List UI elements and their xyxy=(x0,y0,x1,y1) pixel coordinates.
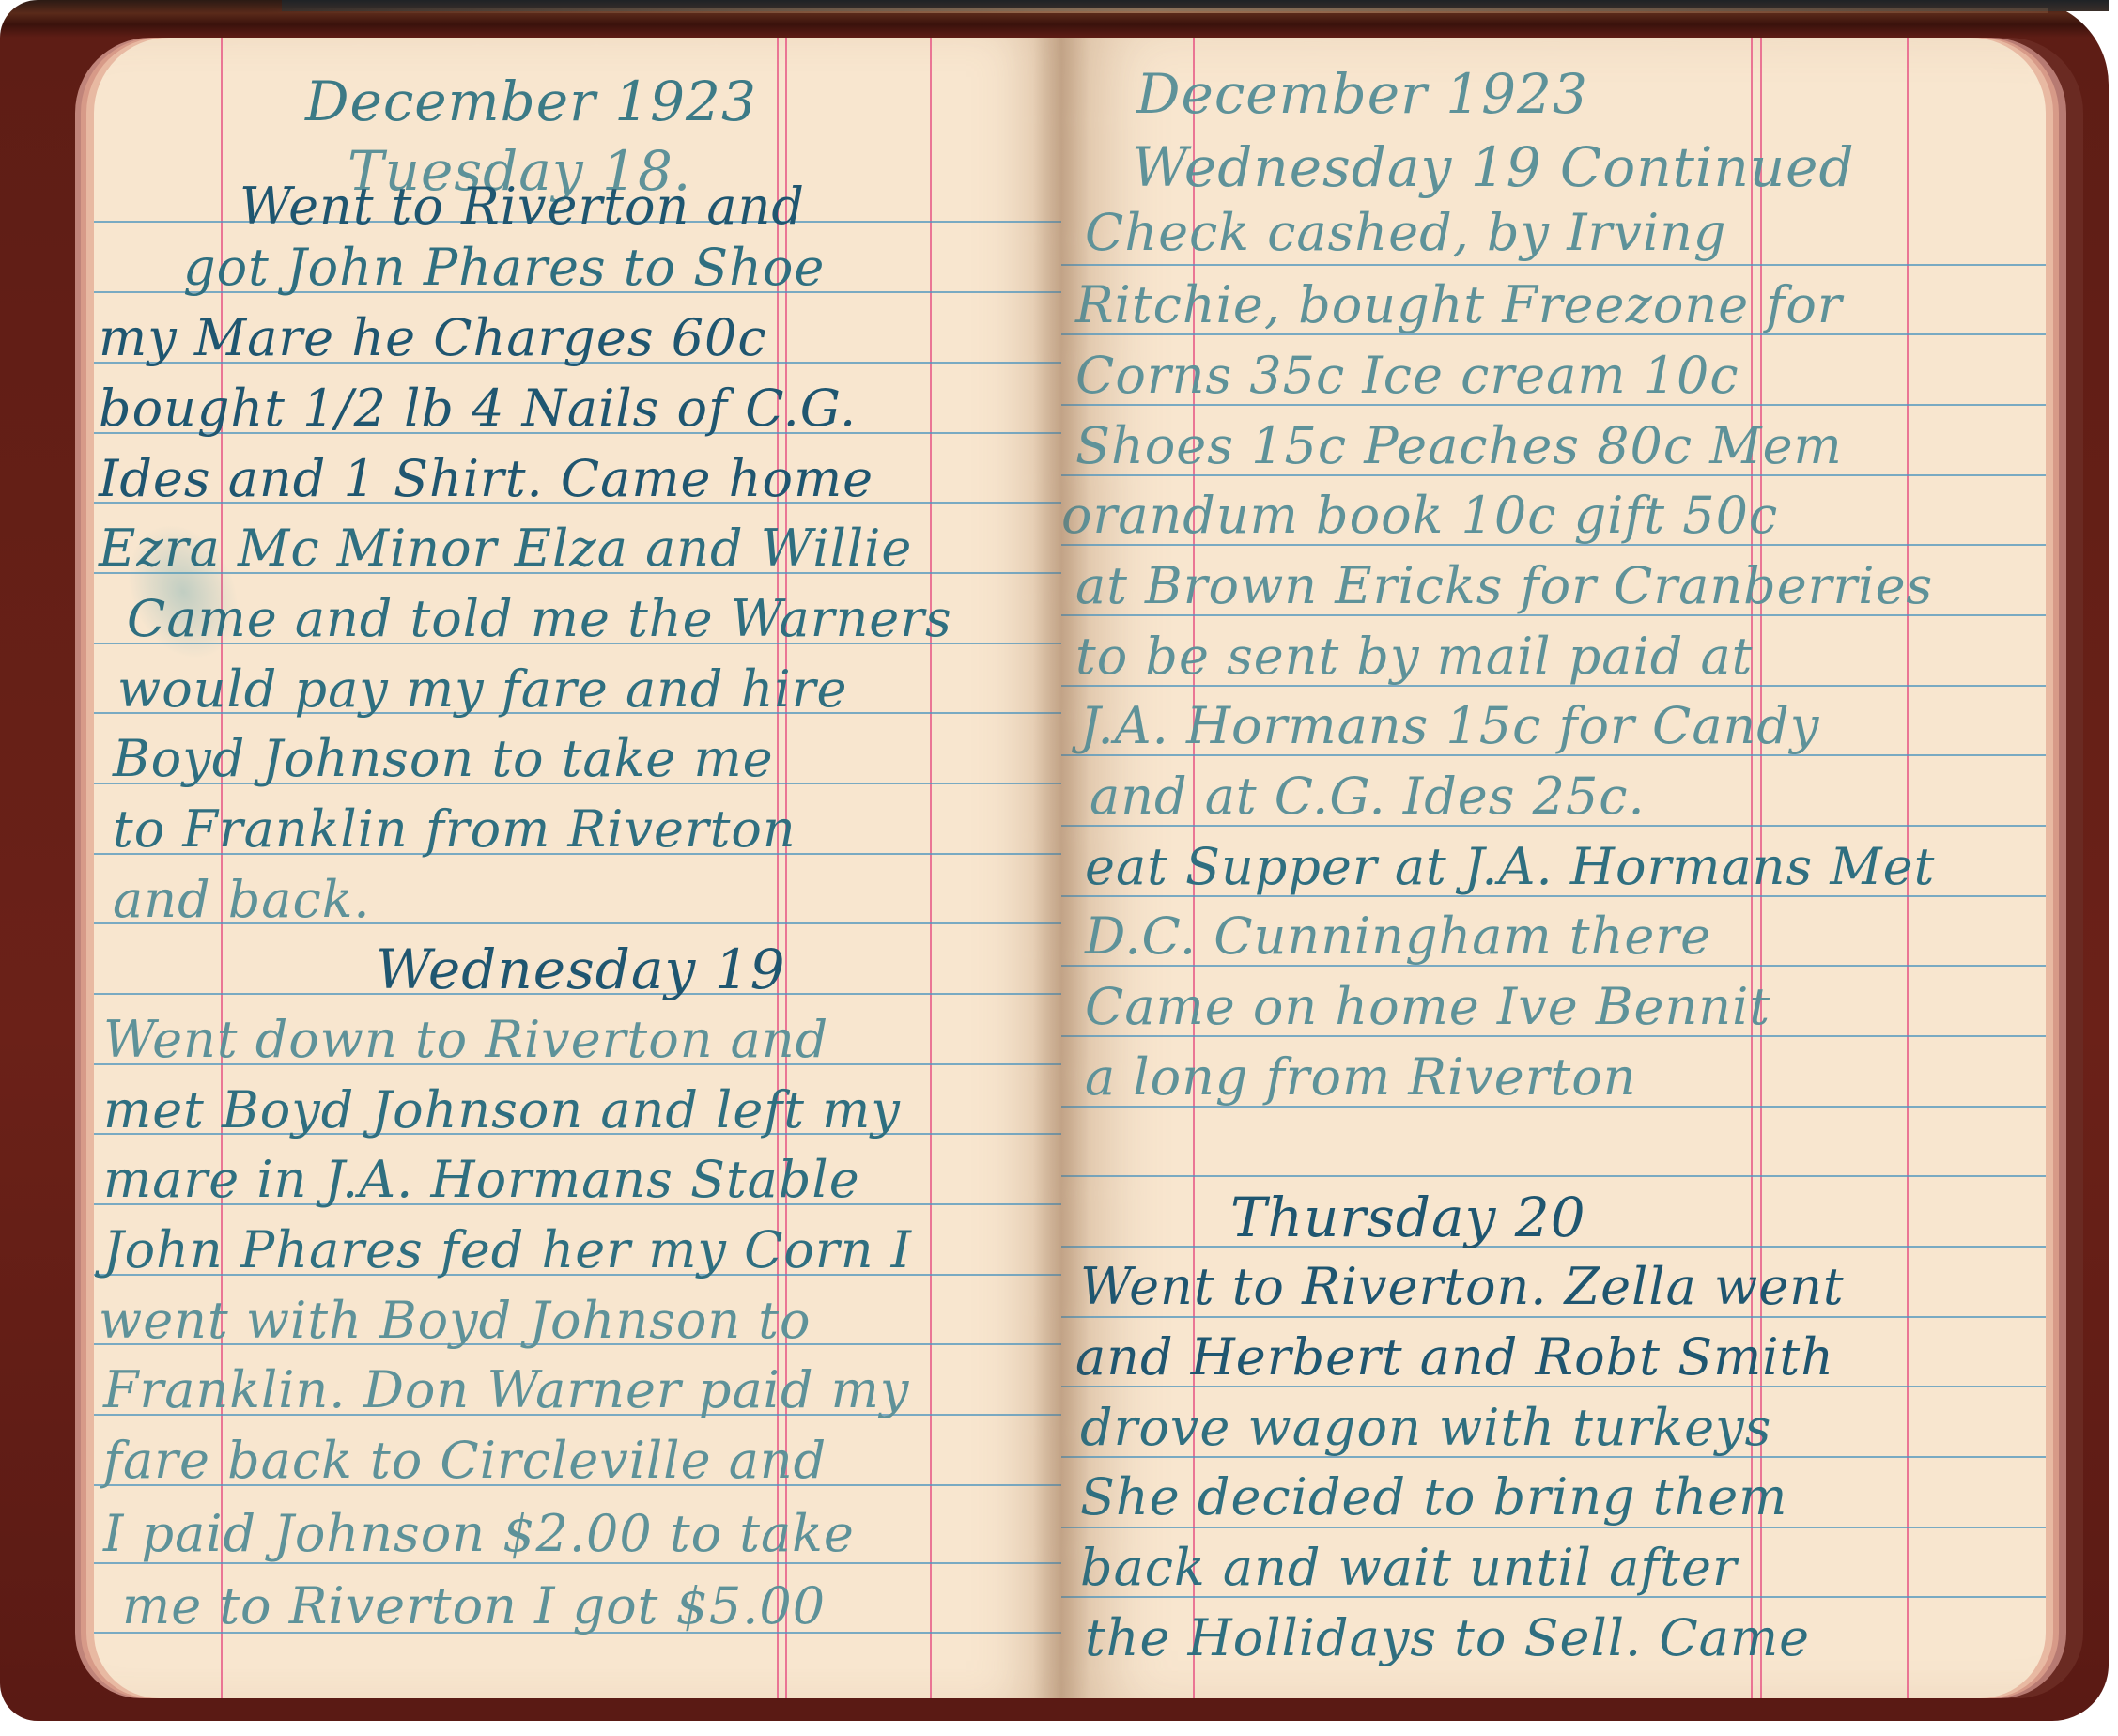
entry-line: J.A. Hormans 15c for Candy xyxy=(1080,698,1819,754)
entry-line: would pay my fare and hire xyxy=(117,661,847,718)
ruled-line xyxy=(1061,1527,2046,1528)
cover-shine xyxy=(263,8,2048,13)
entry-line: my Mare he Charges 60c xyxy=(99,310,767,366)
entry-line: bought 1/2 lb 4 Nails of C.G. xyxy=(99,380,857,437)
column-line xyxy=(930,38,932,1698)
ruled-line xyxy=(1061,1175,2046,1177)
entry-line: met Boyd Johnson and left my xyxy=(103,1082,901,1139)
entry-line: Went to Riverton. Zella went xyxy=(1080,1259,1845,1315)
entry-line: to Franklin from Riverton xyxy=(113,801,796,858)
left-page: December 1923 Tuesday 18. Went to Rivert… xyxy=(94,38,1061,1698)
entry-line: Ritchie, bought Freezone for xyxy=(1075,277,1843,333)
entry-line: Ides and 1 Shirt. Came home xyxy=(99,451,873,507)
entry-line: Ezra Mc Minor Elza and Willie xyxy=(99,520,912,577)
entry-line: to be sent by mail paid at xyxy=(1075,628,1753,685)
ruled-line xyxy=(1061,1316,2046,1318)
entry-line: Went to Riverton and xyxy=(240,178,805,235)
entry-line: at Brown Ericks for Cranberries xyxy=(1075,558,1933,614)
page-header-date: December 1923 xyxy=(305,73,757,130)
entry-line: a long from Riverton xyxy=(1085,1049,1637,1106)
entry-line: mare in J.A. Hormans Stable xyxy=(103,1152,860,1208)
entry-line: She decided to bring them xyxy=(1080,1469,1787,1526)
page-header-date: December 1923 xyxy=(1136,66,1588,122)
entry-line: I paid Johnson $2.00 to take xyxy=(103,1506,855,1562)
entry-line: Came on home Ive Bennit xyxy=(1085,979,1770,1035)
entry-line: D.C. Cunningham there xyxy=(1085,908,1711,965)
entry-line: and at C.G. Ides 25c. xyxy=(1090,768,1646,825)
day-heading: Thursday 20 xyxy=(1230,1189,1586,1246)
entry-line: Went down to Riverton and xyxy=(103,1012,828,1068)
entry-line: Corns 35c Ice cream 10c xyxy=(1075,348,1739,404)
entry-line: fare back to Circleville and xyxy=(103,1433,827,1489)
entry-line: Boyd Johnson to take me xyxy=(113,731,774,787)
entry-line: and back. xyxy=(113,872,371,928)
day-heading: Wednesday 19 Continued xyxy=(1132,139,1855,195)
entry-line: back and wait until after xyxy=(1080,1540,1738,1596)
entry-line: went with Boyd Johnson to xyxy=(99,1293,811,1349)
entry-line: Check cashed, by Irving xyxy=(1085,205,1726,261)
day-heading: Wednesday 19 xyxy=(376,941,786,998)
entry-line: me to Riverton I got $5.00 xyxy=(122,1578,826,1635)
ruled-line xyxy=(1061,264,2046,266)
entry-line: John Phares fed her my Corn I xyxy=(103,1222,912,1279)
entry-line: Franklin. Don Warner paid my xyxy=(103,1362,909,1418)
right-page: December 1923 Wednesday 19 Continued Che… xyxy=(1061,38,2046,1698)
entry-line: drove wagon with turkeys xyxy=(1080,1400,1771,1456)
entry-line: Shoes 15c Peaches 80c Mem xyxy=(1075,418,1843,474)
entry-line: and Herbert and Robt Smith xyxy=(1075,1329,1834,1386)
entry-line: got John Phares to Shoe xyxy=(183,240,825,296)
entry-line: the Hollidays to Sell. Came xyxy=(1085,1610,1810,1666)
entry-line: Came and told me the Warners xyxy=(127,591,952,647)
entry-line: orandum book 10c gift 50c xyxy=(1061,488,1778,544)
entry-line: eat Supper at J.A. Hormans Met xyxy=(1085,839,1935,895)
